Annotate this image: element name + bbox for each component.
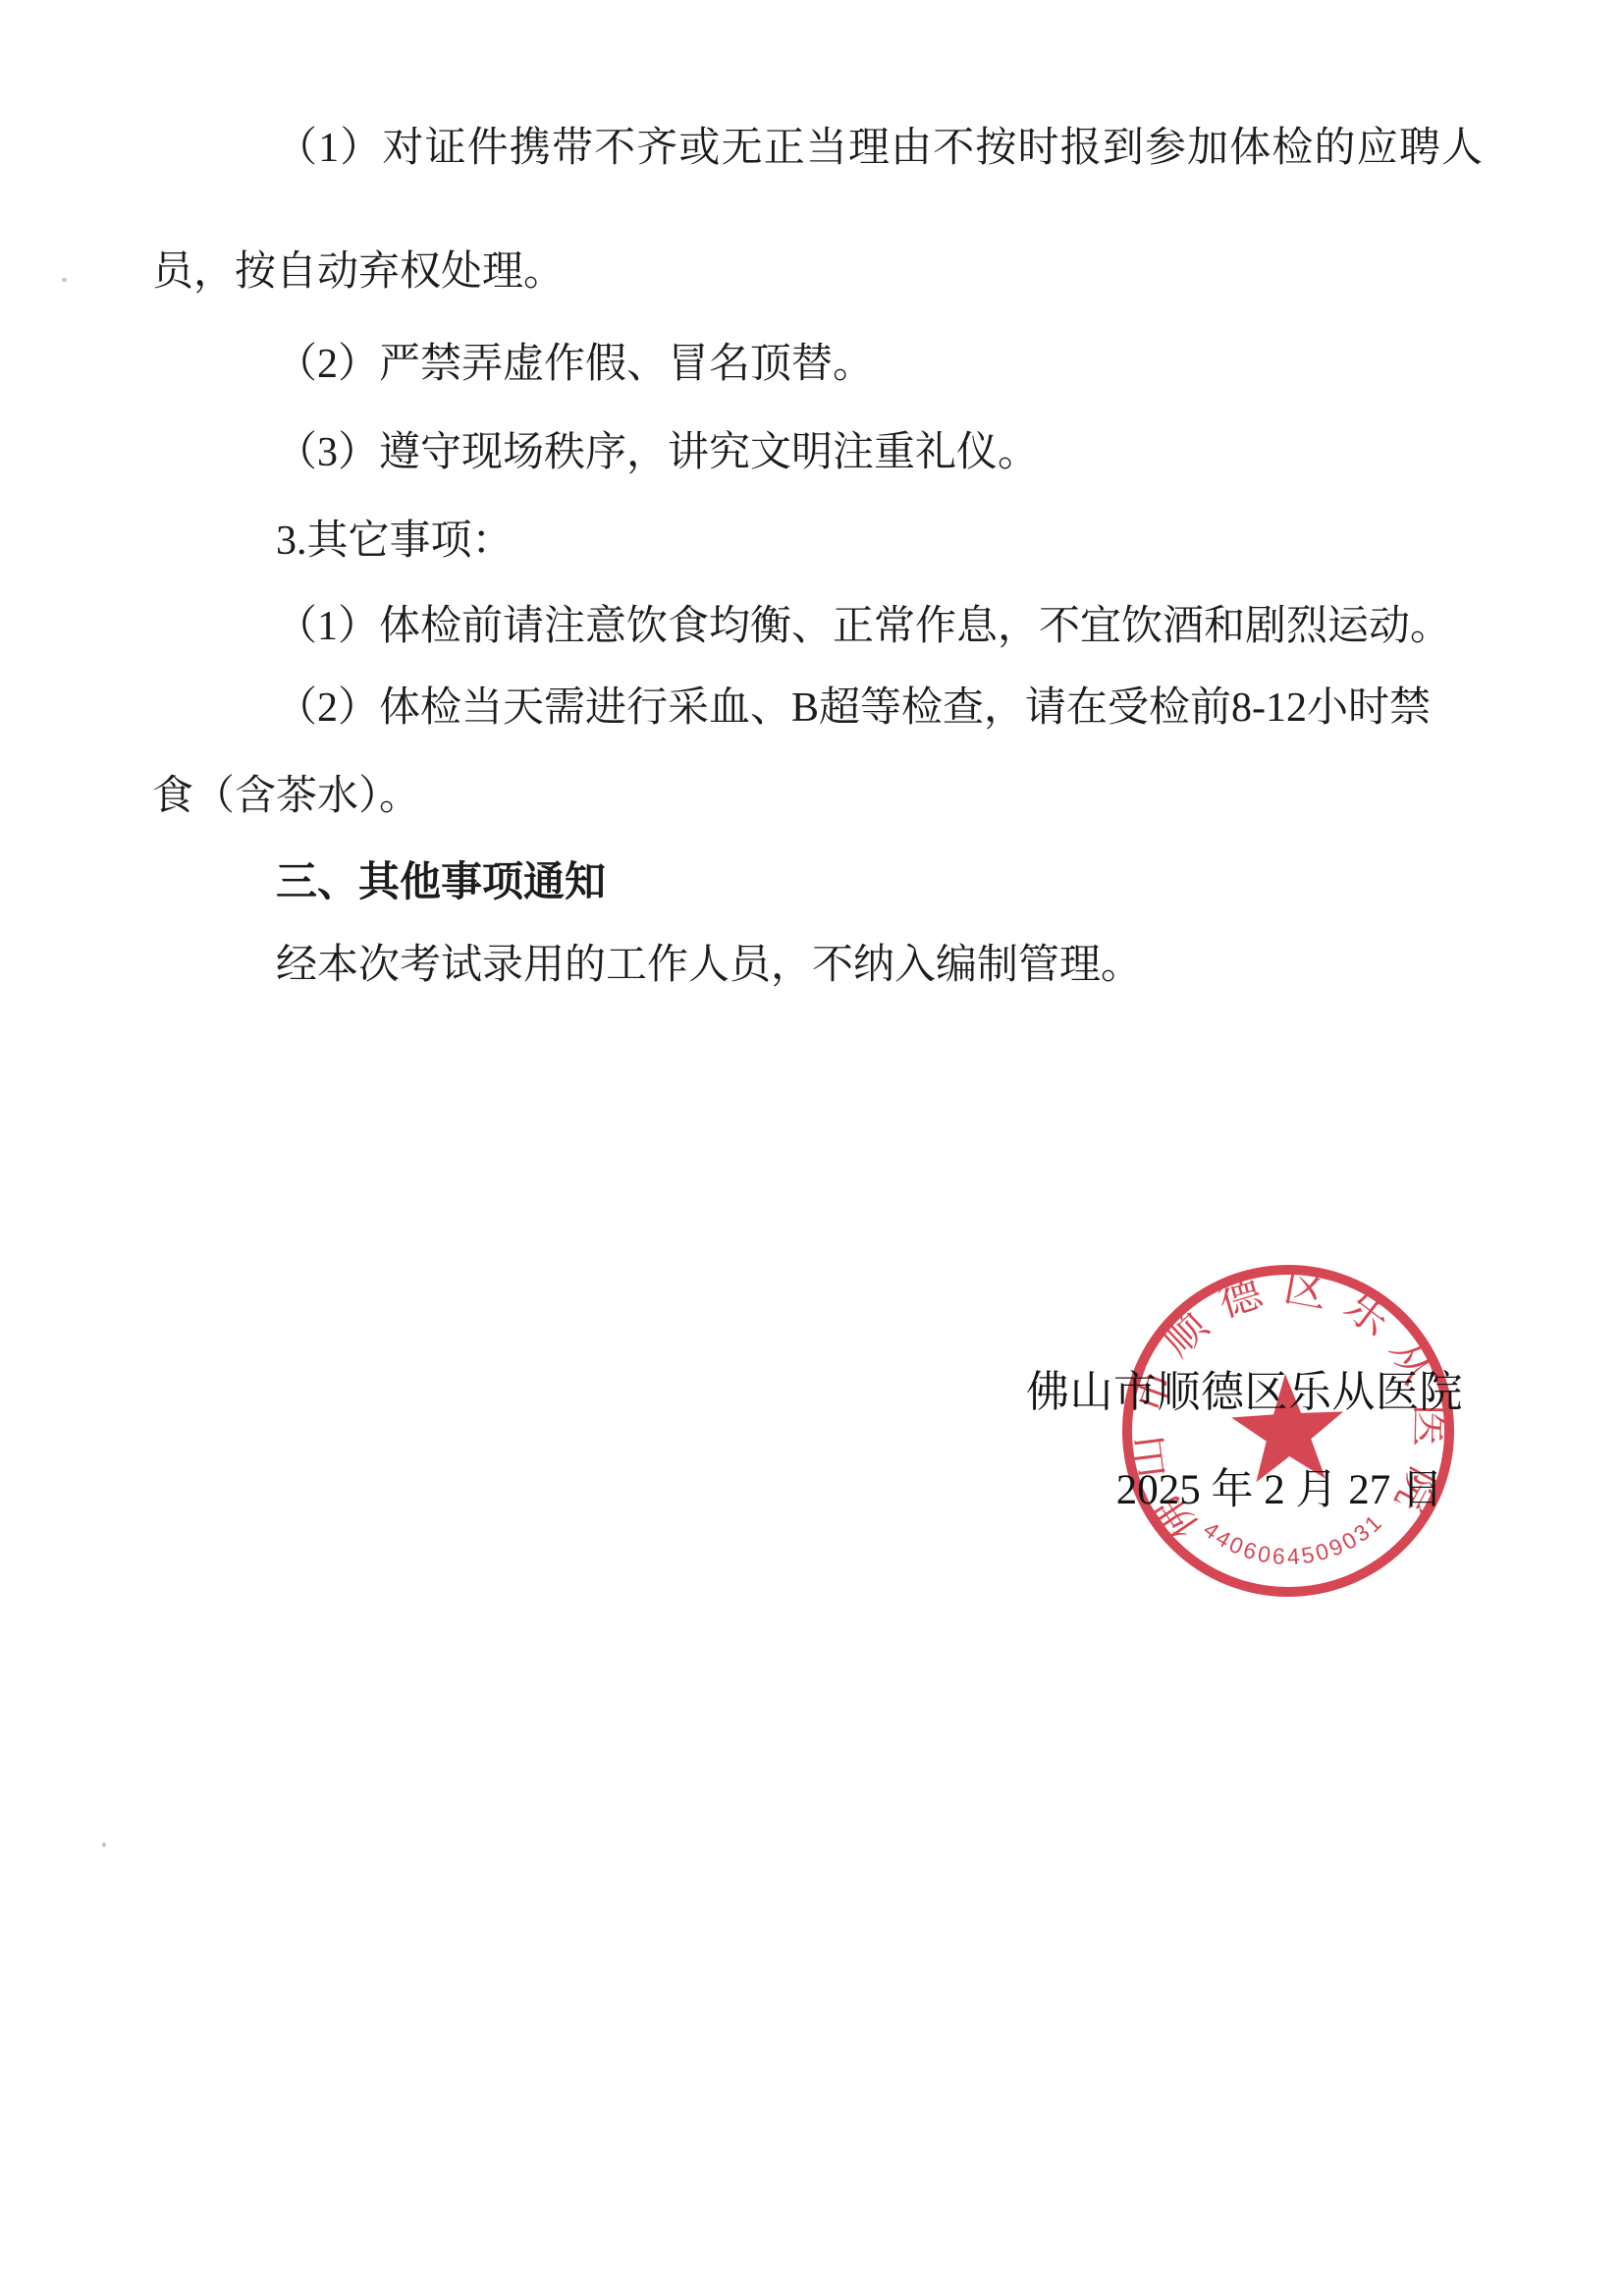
- seal-code-text: 4406064509031: [1198, 1507, 1390, 1574]
- scan-speck: [102, 1842, 106, 1847]
- paragraph-line: （3）遵守现场秩序，讲究文明注重礼仪。: [152, 428, 1483, 477]
- paragraph-line: （2）严禁弄虚作假、冒名顶替。: [152, 340, 1483, 389]
- scanned-document-page: （1）对证件携带不齐或无正当理由不按时报到参加体检的应聘人 员，按自动弃权处理。…: [0, 0, 1623, 2296]
- document-body: （1）对证件携带不齐或无正当理由不按时报到参加体检的应聘人 员，按自动弃权处理。…: [152, 0, 1483, 990]
- paragraph-line: 食（含茶水）。: [152, 772, 1483, 821]
- paragraph-line: 3.其它事项：: [152, 517, 1483, 566]
- official-seal-stamp: 佛山市顺德区乐从医院 4406064509031: [1103, 1245, 1474, 1616]
- paragraph-line: （2）体检当天需进行采血、B超等检查，请在受检前8-12小时禁: [152, 683, 1483, 733]
- signature-organization: 佛山市顺德区乐从医院: [1026, 1367, 1463, 1418]
- paragraph-line: （1）体检前请注意饮食均衡、正常作息，不宜饮酒和剧烈运动。: [152, 602, 1483, 651]
- signature-date: 2025 年 2 月 27 日: [1116, 1465, 1443, 1516]
- paragraph-line: 员，按自动弃权处理。: [152, 247, 1483, 297]
- paragraph-line: （1）对证件携带不齐或无正当理由不按时报到参加体检的应聘人: [152, 124, 1483, 173]
- paragraph-line: 经本次考试录用的工作人员，不纳入编制管理。: [152, 941, 1483, 990]
- section-heading: 三、其他事项通知: [152, 858, 1483, 907]
- scan-speck: [62, 278, 67, 282]
